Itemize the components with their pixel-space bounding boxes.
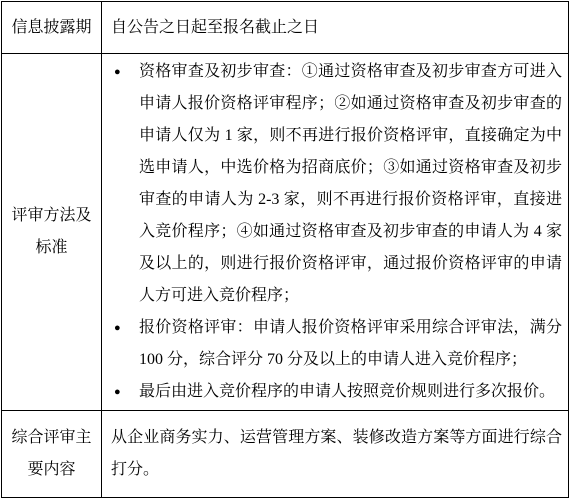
document-page: 信息披露期 自公告之日起至报名截止之日 评审方法及标准 ● 资格审查及初步审查：… — [0, 0, 569, 493]
row-label-evaluation-method: 评审方法及标准 — [2, 54, 102, 411]
row-label-comprehensive-review: 综合评审主要内容 — [2, 411, 102, 498]
table-row-comprehensive-review: 综合评审主要内容 从企业商务实力、运营管理方案、装修改造方案等方面进行综合打分。 — [2, 411, 569, 498]
row-value-evaluation-method: ● 资格审查及初步审查：①通过资格审查及初步审查方可进入申请人报价资格评审程序；… — [102, 54, 569, 411]
bullet-text-final-bidding: 最后由进入竞价程序的申请人按照竞价规则进行多次报价。 — [139, 383, 555, 400]
list-item: ● 报价资格评审：申请人报价资格评审采用综合评审法，满分 100 分，综合评分 … — [112, 312, 562, 376]
bullet-icon: ● — [114, 56, 121, 88]
bullet-icon: ● — [114, 376, 121, 408]
row-label-disclosure-period: 信息披露期 — [2, 2, 102, 54]
list-item: ● 最后由进入竞价程序的申请人按照竞价规则进行多次报价。 — [112, 376, 562, 408]
bullet-icon: ● — [114, 312, 121, 344]
row-value-disclosure-period: 自公告之日起至报名截止之日 — [102, 2, 569, 54]
bullet-text-qualification-review: 资格审查及初步审查：①通过资格审查及初步审查方可进入申请人报价资格评审程序；②如… — [139, 63, 562, 304]
bullet-text-quote-qualification: 报价资格评审：申请人报价资格评审采用综合评审法，满分 100 分，综合评分 70… — [139, 319, 562, 368]
table-row-disclosure-period: 信息披露期 自公告之日起至报名截止之日 — [2, 2, 569, 54]
evaluation-method-bullet-list: ● 资格审查及初步审查：①通过资格审查及初步审查方可进入申请人报价资格评审程序；… — [111, 56, 562, 408]
table-row-evaluation-method: 评审方法及标准 ● 资格审查及初步审查：①通过资格审查及初步审查方可进入申请人报… — [2, 54, 569, 411]
tender-info-table: 信息披露期 自公告之日起至报名截止之日 评审方法及标准 ● 资格审查及初步审查：… — [1, 1, 569, 498]
row-value-comprehensive-review: 从企业商务实力、运营管理方案、装修改造方案等方面进行综合打分。 — [102, 411, 569, 498]
list-item: ● 资格审查及初步审查：①通过资格审查及初步审查方可进入申请人报价资格评审程序；… — [112, 56, 562, 312]
